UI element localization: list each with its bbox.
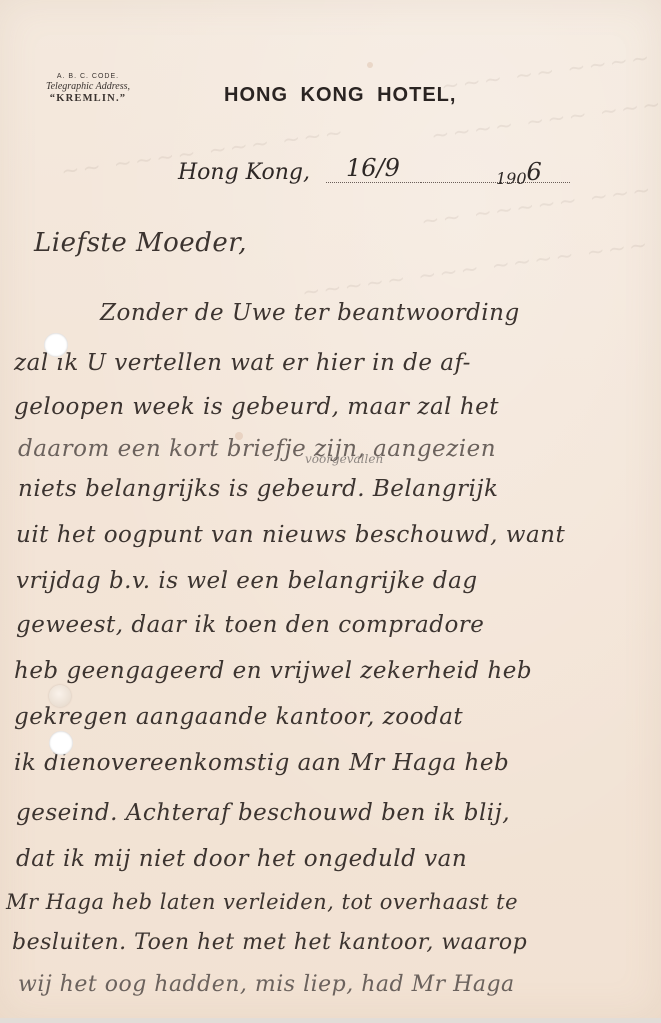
letter-line: Zonder de Uwe ter beantwoording [100,300,520,326]
letter-line: uit het oogpunt van nieuws beschouwd, wa… [16,522,565,548]
year-prefix: 190 [496,169,527,188]
dateline-day-month: 16/9 [346,154,400,182]
letter-line: ik dienovereenkomstig aan Mr Haga heb [14,750,509,776]
year-suffix-handwritten: 6 [527,158,542,186]
letter-line: daarom een kort briefje zijn, aangezien [18,436,496,462]
dotted-rule [326,182,421,183]
salutation: Liefste Moeder, [34,228,247,258]
letter-line: besluiten. Toen het met het kantoor, waa… [12,930,527,955]
letter-line: Mr Haga heb laten verleiden, tot overhaa… [6,890,518,914]
interlinear-insertion: voorgevallen [305,452,383,466]
letter-line: wij het oog hadden, mis liep, had Mr Hag… [18,972,515,997]
letter-line: gekregen aangaande kantoor, zoodat [14,704,463,730]
hotel-name-heading: HONG KONG HOTEL, [224,84,456,107]
paper-stain [367,62,373,68]
letter-line: dat ik mij niet door het ongeduld van [16,846,467,872]
dateline-year: 1906 [496,162,542,190]
letter-line: geloopen week is gebeurd, maar zal het [14,394,499,420]
letter-line: geseind. Achteraf beschouwd ben ik blij, [16,800,510,826]
bleed-through-text: ~~~~~ ~~~ ~~~~ ~~~ ~~~~ [300,219,661,306]
telegraphic-address-label: Telegraphic Address, [18,81,158,93]
punch-hole-dent [49,685,71,707]
letter-line: vrijdag b.v. is wel een belangrijke dag [16,568,478,594]
telegraphic-address: “KREMLIN.” [18,93,158,105]
punch-hole [49,731,73,755]
letter-sheet: ~~~ ~~ ~~~~ ~~~ ~~~~ ~~~ ~~~~~ ~~ ~~~~~ … [0,0,661,1018]
punch-hole [44,333,68,357]
dateline-place: Hong Kong, [178,160,310,185]
letter-line: heb geengageerd en vrijwel zekerheid heb [14,658,532,684]
page-bottom-edge [0,1018,661,1023]
abc-code-label: A. B. C. CODE. [18,73,158,81]
letterhead-telegraphic-block: A. B. C. CODE. Telegraphic Address, “KRE… [18,73,158,105]
letter-line: geweest, daar ik toen den compradore [16,612,484,638]
bleed-through-text: ~~~ ~~ ~~~~ ~~~ [440,35,661,100]
letter-line: niets belangrijks is gebeurd. Belangrijk [18,476,498,502]
dateline: Hong Kong, 16/9 1906 [178,160,570,192]
letter-line: zal ik U vertellen wat er hier in de af- [14,350,471,376]
